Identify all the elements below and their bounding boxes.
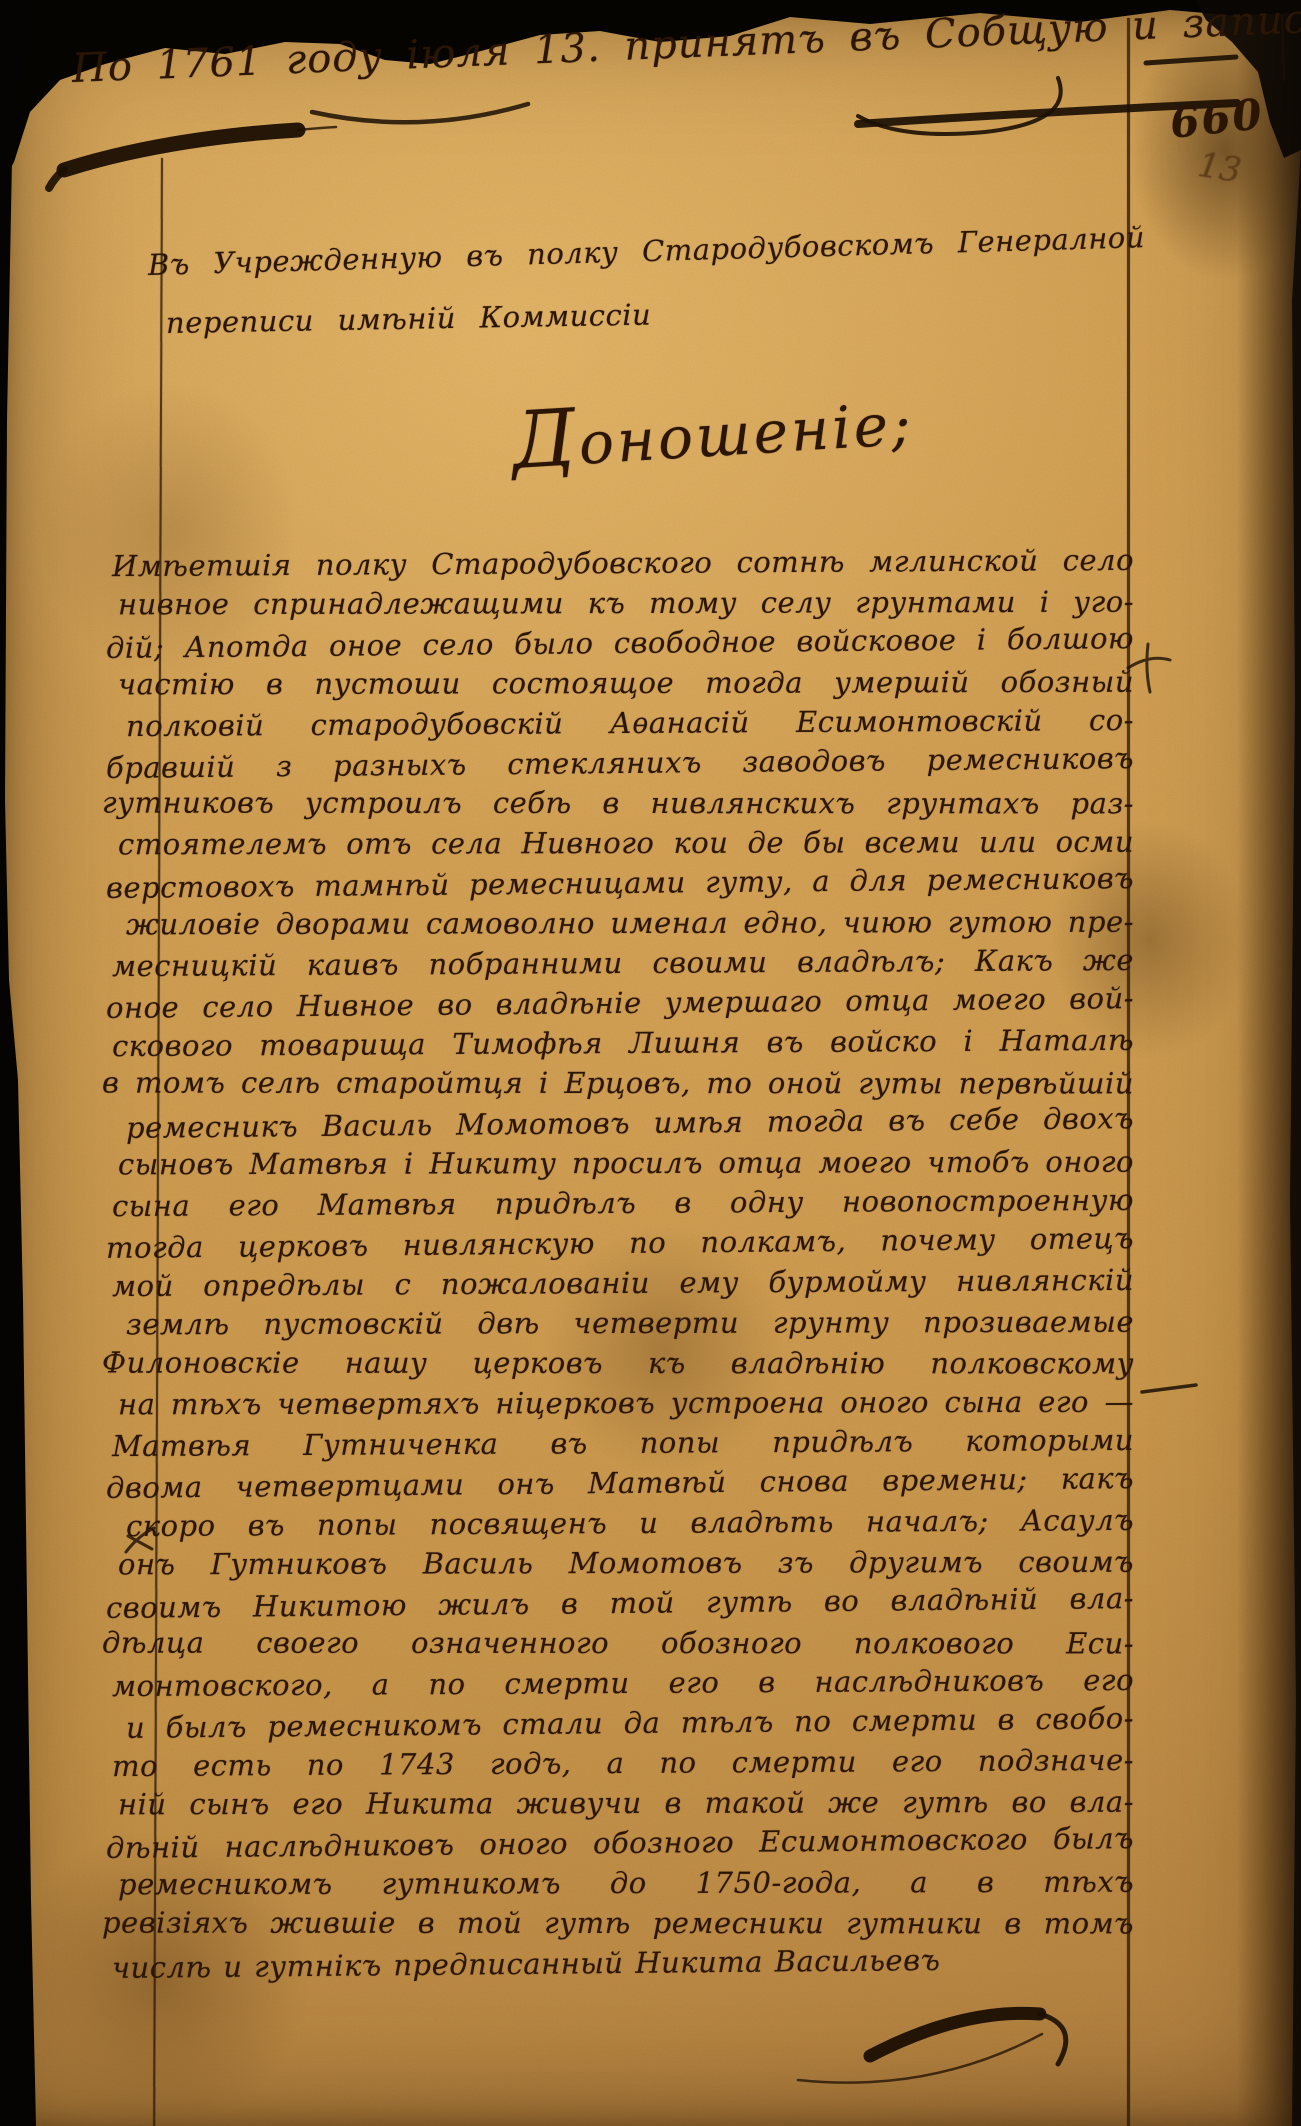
- manuscript-line: ревізіяхъ жившіе в той гутѣ ремесники гу…: [102, 1903, 1134, 1944]
- manuscript-line: ремесникомъ гутникомъ до 1750-года, а в …: [118, 1862, 1134, 1905]
- manuscript-line: частію в пустоши состоящое тогда умершій…: [118, 662, 1134, 705]
- manuscript-line: числѣ и гутнікъ предписанный Никита Васи…: [112, 1938, 1134, 1988]
- manuscript-line: дѣлца своего означенного обозного полков…: [102, 1623, 1134, 1664]
- body-lines: Имѣетшія полку Стародубовского сотнѣ мгл…: [112, 543, 1134, 1983]
- manuscript-page: По 1761 году іюля 13. принятъ въ Собщую …: [0, 0, 1301, 2126]
- manuscript-line: ній сынъ его Никита живучи в такой же гу…: [118, 1782, 1134, 1825]
- manuscript-line: бравшій з разныхъ стеклянихъ заводовъ ре…: [106, 738, 1134, 788]
- pencil-folio-number: 13: [1195, 145, 1244, 191]
- manuscript-line: сыновъ Матвѣя і Никиту просилъ отца моег…: [118, 1142, 1134, 1185]
- manuscript-line: своимъ Никитою жилъ в той гутѣ во владѣн…: [106, 1578, 1134, 1628]
- manuscript-line: Филоновскіе нашу церковъ къ владѣнію пол…: [102, 1343, 1134, 1384]
- manuscript-line: верстовохъ тамнѣй ремесницами гуту, а дл…: [106, 858, 1134, 908]
- manuscript-line: мой опредѣлы с пожалованіи ему бурмойму …: [112, 1260, 1134, 1306]
- manuscript-line: на тѣхъ четвертяхъ ніцерковъ устроена он…: [118, 1382, 1134, 1425]
- manuscript-line: в томъ селѣ старойтця і Ерцовъ, то оной …: [102, 1063, 1134, 1104]
- manuscript-line: онъ Гутниковъ Василь Момотовъ зъ другимъ…: [118, 1542, 1134, 1585]
- manuscript-line: то есть по 1743 годъ, а по смерти его по…: [112, 1740, 1134, 1786]
- manuscript-line: дѣній наслѣдниковъ оного обозного Есимон…: [106, 1818, 1134, 1868]
- manuscript-line: нивное спринадлежащими къ тому селу грун…: [118, 582, 1134, 625]
- manuscript-line: скоро въ попы посвященъ и владѣть началъ…: [126, 1500, 1134, 1546]
- manuscript-line: дій; Апотда оное село было свободное вой…: [106, 618, 1134, 668]
- folio-number: 660: [1168, 89, 1266, 148]
- manuscript-line: скового товарища Тимофѣя Лишня въ войско…: [112, 1020, 1134, 1066]
- manuscript-line: землѣ пустовскій двѣ четверти грунту про…: [126, 1302, 1134, 1345]
- manuscript-line: ремесникъ Василь Момотовъ имѣя тогда въ …: [126, 1098, 1134, 1148]
- manuscript-line: жиловіе дворами самоволно именал едно, ч…: [126, 902, 1134, 945]
- manuscript-line: стоятелемъ отъ села Нивного кои де бы вс…: [118, 822, 1134, 865]
- manuscript-line: Имѣетшія полку Стародубовского сотнѣ мгл…: [112, 540, 1134, 586]
- torn-right-edge-shading: [1237, 0, 1301, 2126]
- manuscript-line: гутниковъ устроилъ себѣ в нивлянскихъ гр…: [102, 783, 1134, 824]
